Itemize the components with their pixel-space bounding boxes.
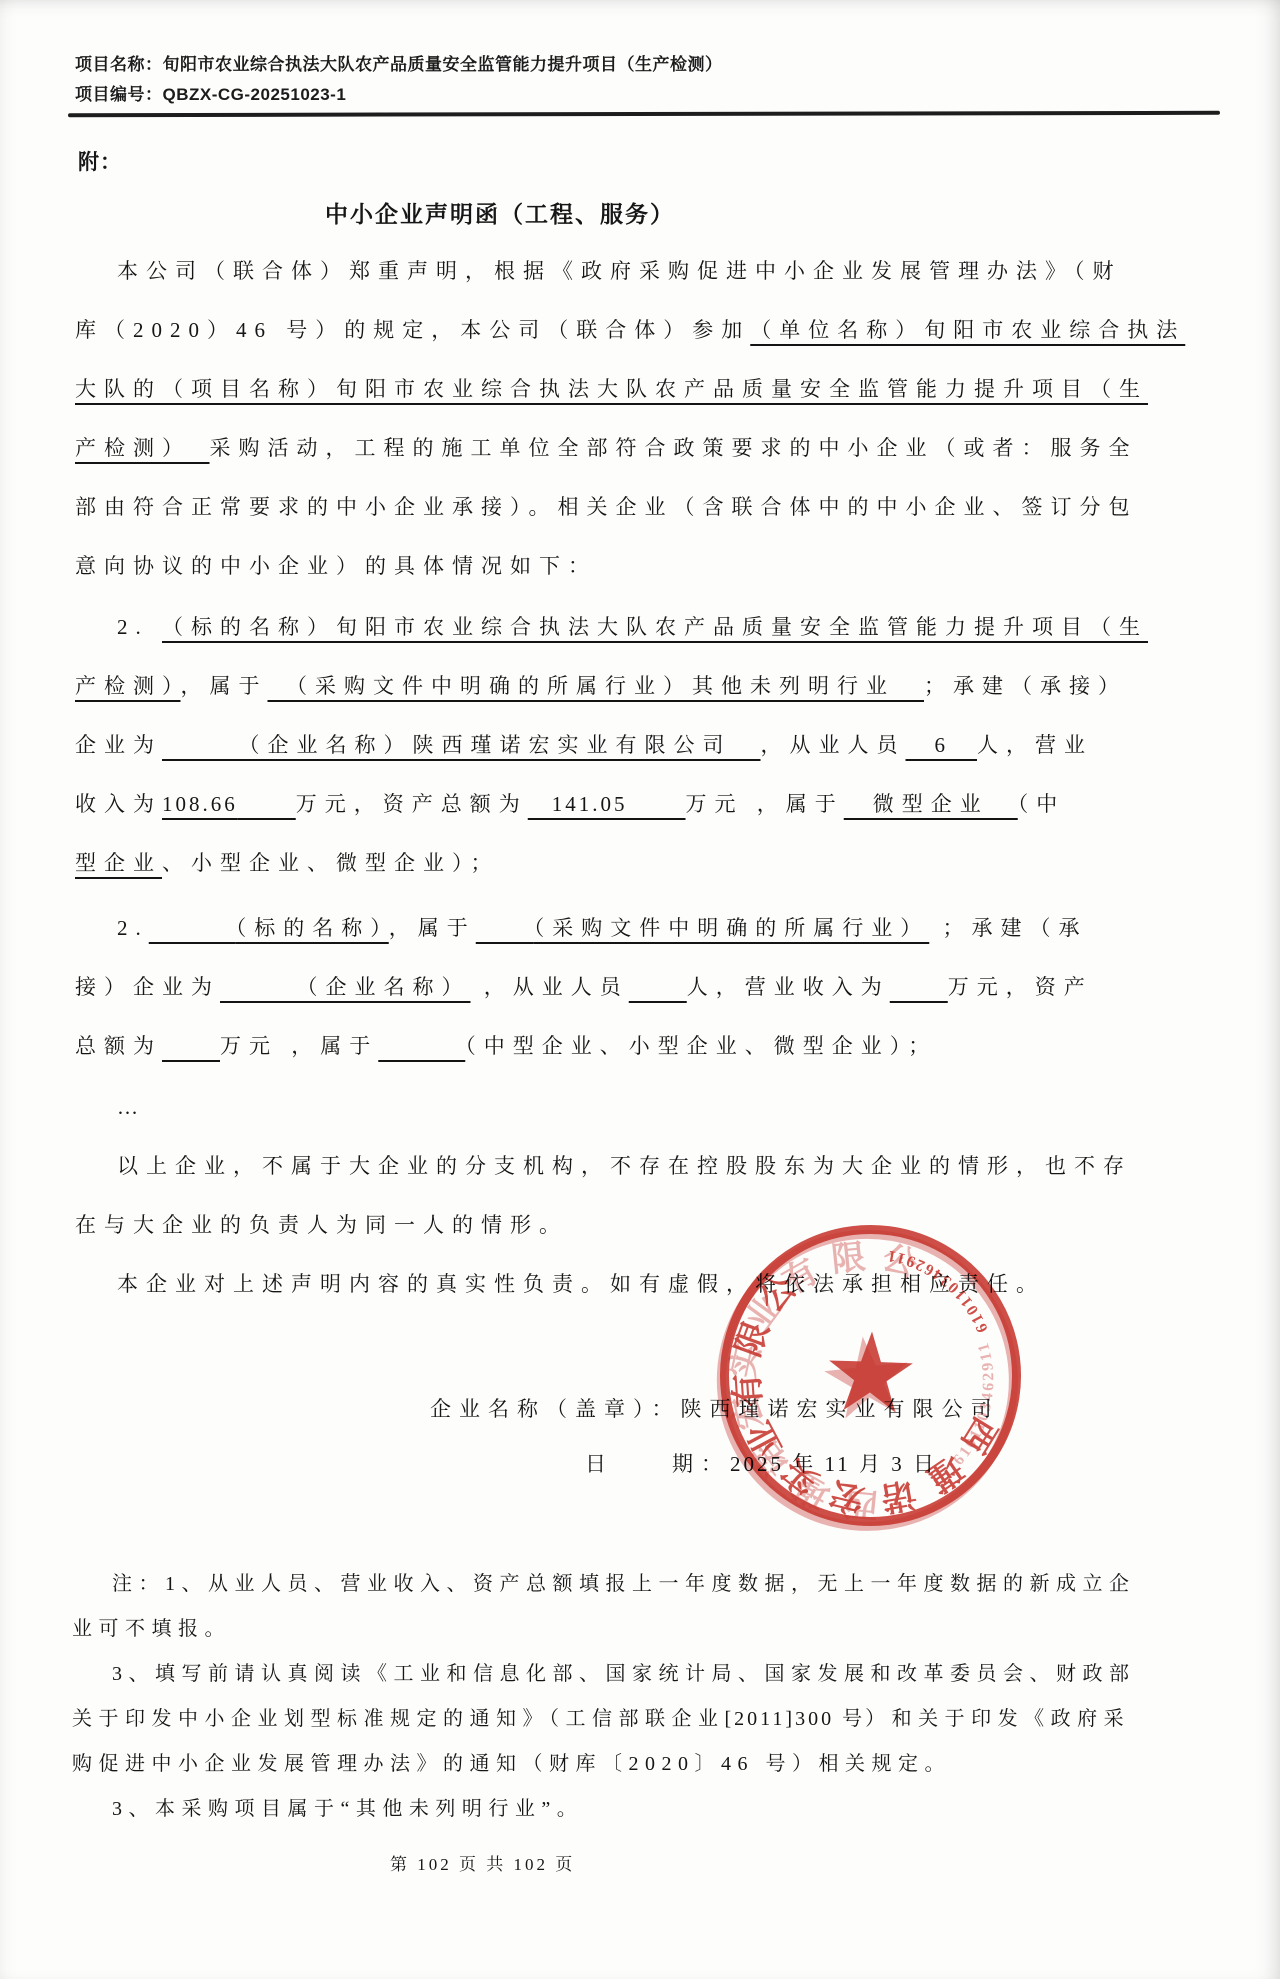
body-line: 2. （标的名称）旬阳市农业综合执法大队农产品质量安全监管能力提升项目（生 [75,598,1220,657]
note-line: 3、本采购项目属于“其他未列明行业”。 [72,1787,1220,1832]
doc-title: 中小企业声明函（工程、服务） [75,196,925,229]
note-line: 业可不填报。 [72,1607,1220,1652]
body-line: … [75,1078,1220,1137]
page-header: 项目名称：旬阳市农业综合执法大队农产品质量安全监管能力提升项目（生产检测） 项目… [75,50,1220,110]
body-line: 库（2020）46 号）的规定，本公司（联合体）参加（单位名称）旬阳市农业综合执… [75,301,1220,360]
note-line: 注：1、从业人员、营业收入、资产总额填报上一年度数据，无上一年度数据的新成立企 [72,1562,1220,1607]
attachment-label: 附： [78,146,122,176]
body-line: 部由符合正常要求的中小企业承接）。相关企业（含联合体中的中小企业、签订分包 [75,478,1220,537]
body-line: 收入为108.66 万元，资产总额为 141.05 万元 ，属于 微型企业 （中 [75,775,1220,834]
body-line: 以上企业，不属于大企业的分支机构，不存在控股股东为大企业的情形，也不存 [75,1137,1220,1196]
body-line: 产检测） 采购活动，工程的施工单位全部符合政策要求的中小企业（或者：服务全 [75,419,1220,478]
note-line: 购促进中小企业发展管理办法》的通知（财库〔2020〕46 号）相关规定。 [72,1742,1220,1787]
page-number: 第 102 页 共 102 页 [390,1850,575,1875]
project-name: 项目名称：旬阳市农业综合执法大队农产品质量安全监管能力提升项目（生产检测） [75,50,1220,80]
notes-section: 注：1、从业人员、营业收入、资产总额填报上一年度数据，无上一年度数据的新成立企 … [72,1562,1220,1832]
project-number: 项目编号：QBZX-CG-20251023-1 [75,80,1220,110]
note-line: 3、填写前请认真阅读《工业和信息化部、国家统计局、国家发展和改革委员会、财政部 [72,1652,1220,1697]
body-line: 总额为 万元 ，属于 （中型企业、小型企业、微型企业）； [75,1017,1220,1076]
body-line: 接）企业为 （企业名称） ，从业人员 人，营业收入为 万元，资产 [75,958,1220,1017]
signature-date-line: 日 期：2025 年 11 月 3 日 [585,1440,937,1488]
body-line: 意向协议的中小企业）的具体情况如下： [75,537,1220,596]
body-line: 在与大企业的负责人为同一人的情形。 [75,1196,1220,1255]
note-line: 关于印发中小企业划型标准规定的通知》（工信部联企业[2011]300 号）和关于… [72,1697,1220,1742]
body-line: 2. （标的名称），属于 （采购文件中明确的所属行业） ；承建（承 [75,899,1220,958]
declaration-body: 本公司（联合体）郑重声明，根据《政府采购促进中小企业发展管理办法》（财 库（20… [75,242,1220,1314]
document-page: 项目名称：旬阳市农业综合执法大队农产品质量安全监管能力提升项目（生产检测） 项目… [0,0,1280,1979]
header-divider [68,111,1220,117]
signature-company-line: 企业名称（盖章）：陕西瑾诺宏实业有限公司 [430,1385,1000,1433]
body-line: 企业为 （企业名称）陕西瑾诺宏实业有限公司 ，从业人员 6 人，营业 [75,716,1220,775]
body-line: 大队的（项目名称）旬阳市农业综合执法大队农产品质量安全监管能力提升项目（生 [75,360,1220,419]
body-line: 本公司（联合体）郑重声明，根据《政府采购促进中小企业发展管理办法》（财 [75,242,1220,301]
body-line: 本企业对上述声明内容的真实性负责。如有虚假，将依法承担相应责任。 [75,1255,1220,1314]
body-line: 型企业、小型企业、微型企业）； [75,834,1220,893]
body-line: 产检测），属于 （采购文件中明确的所属行业）其他未列明行业 ；承建（承接） [75,657,1220,716]
